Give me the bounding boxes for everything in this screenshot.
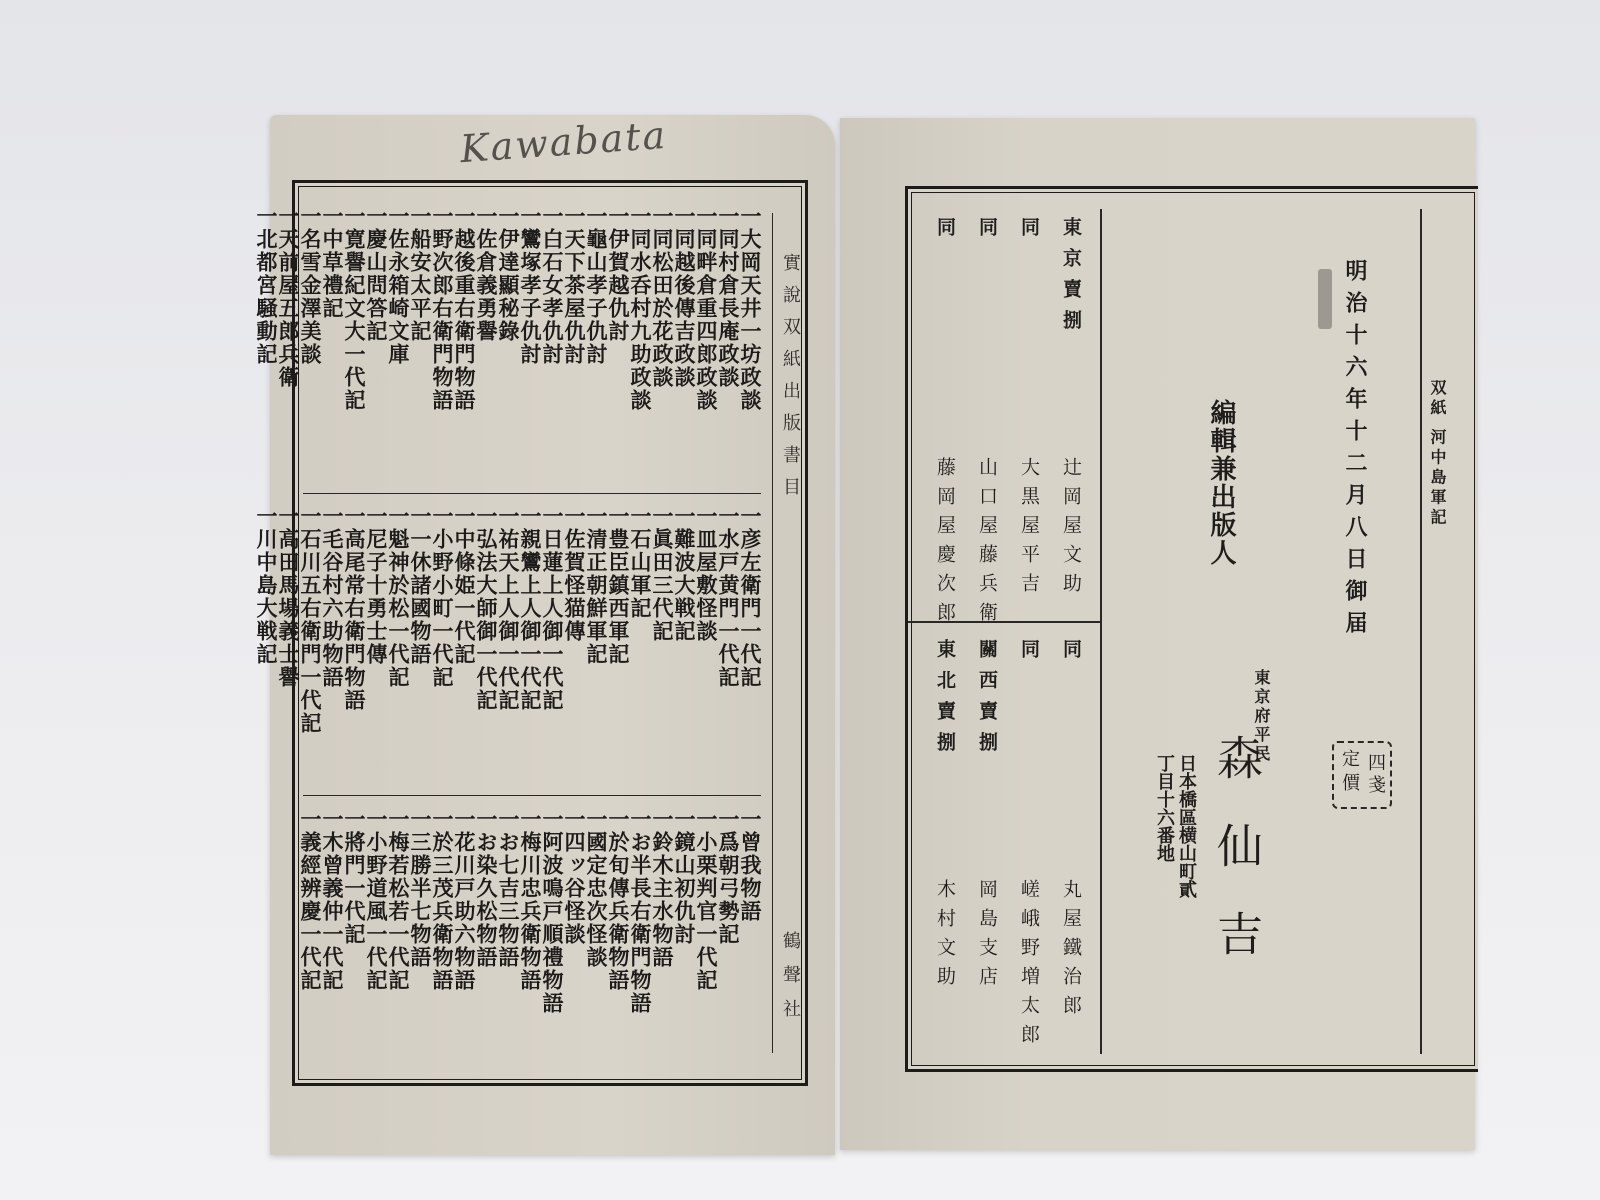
seller-region: 東京賣捌 <box>1058 217 1085 341</box>
seller-region: 東北賣捌 <box>932 639 959 763</box>
catalog-title-entry: 一龜山孝子仇討 <box>586 205 606 475</box>
seller-region: 同 <box>1058 639 1085 670</box>
catalog-title-entry: 一於三茂兵衛物語 <box>432 808 452 1078</box>
seller-region: 同 <box>974 217 1001 248</box>
catalog-title-entry: 一於旬傳兵衛物語 <box>608 808 628 1078</box>
seller-name: 丸屋鐵治郎 <box>1058 879 1085 1024</box>
seller-region: 關西賣捌 <box>974 639 1001 763</box>
spine-fragment: 双紙 河中島軍記 <box>1426 379 1449 529</box>
catalog-title-entry: 一同越後傳吉政談 <box>674 205 694 475</box>
catalog-title-entry: 一川中島大戦記 <box>256 505 276 775</box>
catalog-section-1: 一大岡天井一坊政談一同村倉長庵政談一同畔倉重四郎政談一同越後傳吉政談一同松田於花… <box>303 205 760 485</box>
price-value: 四戔 <box>1362 753 1388 797</box>
catalog-title-entry: 一日蓮上人御一代記 <box>542 505 562 775</box>
title-list: 一曾我物語一爲朝弓勢記一小栗判官一代記一鏡山初仇討一鈴木主水物語一お半長右衛門物… <box>300 808 760 1078</box>
catalog-title-entry: 一花川戸助六物語 <box>454 808 474 1078</box>
title-list: 一大岡天井一坊政談一同村倉長庵政談一同畔倉重四郎政談一同越後傳吉政談一同松田於花… <box>256 205 760 475</box>
seller-name: 木村文助 <box>932 879 959 995</box>
catalog-title-entry: 一お七吉三物語 <box>498 808 518 1078</box>
catalog-title-entry: 一親鸞上人御一代記 <box>520 505 540 775</box>
catalog-title-entry: 一爲朝弓勢記 <box>718 808 738 1078</box>
catalog-title-entry: 一四ッ谷怪談 <box>564 808 584 1078</box>
catalog-title-entry: 一石川五右衛門一代記 <box>300 505 320 775</box>
catalog-title-entry: 一眞田三代記 <box>652 505 672 775</box>
price-box: 定價四戔 <box>1332 741 1392 809</box>
left-spine-column: 實說双紙出版書目 鶴聲社 <box>772 213 799 1053</box>
catalog-title-entry: 一同村倉長庵政談 <box>718 205 738 475</box>
catalog-title-entry: 一將門一代記 <box>344 808 364 1078</box>
catalog-title-entry: 一水戸黄門一代記 <box>718 505 738 775</box>
catalog-title-entry: 一難波大戦記 <box>674 505 694 775</box>
catalog-title-entry: 一同畔倉重四郎政談 <box>696 205 716 475</box>
price-label: 定價 <box>1336 749 1362 797</box>
catalog-title-entry: 一伊賀越仇討 <box>608 205 628 475</box>
right-page: 東京賣捌辻岡屋文助同大黒屋平吉同山口屋藤兵衛同藤岡屋慶次郎 同丸屋鐵治郎同嵯峨野… <box>840 118 1475 1150</box>
catalog-title-entry: 一義經辨慶一代記 <box>300 808 320 1078</box>
catalog-title-entry: 一高田馬場義士譽 <box>278 505 298 775</box>
sellers-divider <box>1100 209 1102 1054</box>
publisher-name: 鶴聲社 <box>777 931 803 1033</box>
catalog-title-entry: 一高尾常右衛門物語 <box>344 505 364 775</box>
catalog-title-entry: 一魁神於松一代記 <box>388 505 408 775</box>
catalog-title-entry: 一お染久松物語 <box>476 808 496 1078</box>
seller-name: 岡島支店 <box>974 879 1001 995</box>
catalog-title-entry: 一國定忠次怪談 <box>586 808 606 1078</box>
catalog-title-entry: 一清正朝鮮軍記 <box>586 505 606 775</box>
catalog-title-entry: 一木曾義仲一代記 <box>322 808 342 1078</box>
section-divider <box>303 493 761 494</box>
catalog-title-entry: 一毛谷村六助物語 <box>322 505 342 775</box>
seller-region: 同 <box>932 217 959 248</box>
seller-region: 同 <box>1016 217 1043 248</box>
catalog-title-entry: 一同水呑村九助政談 <box>630 205 650 475</box>
catalog-title-entry: 一天下茶屋仇討 <box>564 205 584 475</box>
catalog-title-entry: 一彦左衛門一代記 <box>740 505 760 775</box>
catalog-title-entry: 一慶山問答記 <box>366 205 386 475</box>
editor-publisher-label: 編輯兼出版人 <box>1203 399 1240 567</box>
editor-name: 森仙吉 <box>1204 734 1270 998</box>
catalog-title-entry: 一佐賀怪猫傳 <box>564 505 584 775</box>
catalog-title-entry: 一一休諸國物語 <box>410 505 430 775</box>
colophon-frame: 東京賣捌辻岡屋文助同大黒屋平吉同山口屋藤兵衛同藤岡屋慶次郎 同丸屋鐵治郎同嵯峨野… <box>905 186 1478 1072</box>
catalog-title-entry: 一越後重右衛門物語 <box>454 205 474 475</box>
title-list: 一彦左衛門一代記一水戸黄門一代記一皿屋敷怪談一難波大戦記一眞田三代記一石山軍記一… <box>256 505 760 775</box>
catalog-title-entry: 一伊達顯秘錄 <box>498 205 518 475</box>
seller-name: 嵯峨野増太郎 <box>1016 879 1043 1053</box>
catalog-section-3: 一曾我物語一爲朝弓勢記一小栗判官一代記一鏡山初仇討一鈴木主水物語一お半長右衛門物… <box>303 808 760 1088</box>
issue-date: 明治十六年十二月八日御届 <box>1340 259 1371 643</box>
catalog-title-entry: 一名雪金澤美談 <box>300 205 320 475</box>
catalog-title-entry: 一北都宮騒動記 <box>256 205 276 475</box>
editor-address: 日本橋區横山町貳丁目十六番地 <box>1153 754 1197 904</box>
catalog-title-entry: 一野次郎右衛門物語 <box>432 205 452 475</box>
catalog-title-entry: 一鈴木主水物語 <box>652 808 672 1078</box>
left-page: Kawabata 實說双紙出版書目 鶴聲社 一大岡天井一坊政談一同村倉長庵政談一… <box>270 115 835 1155</box>
seller-region: 同 <box>1016 639 1043 670</box>
catalog-title-entry: 一曾我物語 <box>740 808 760 1078</box>
catalog-section-2: 一彦左衛門一代記一水戸黄門一代記一皿屋敷怪談一難波大戦記一眞田三代記一石山軍記一… <box>303 505 760 785</box>
catalog-title-entry: 一小野道風一代記 <box>366 808 386 1078</box>
section-divider <box>303 795 761 796</box>
catalog-title-entry: 一阿波鳴戸順禮物語 <box>542 808 562 1078</box>
handwritten-signature: Kawabata <box>459 113 669 171</box>
seller-name: 辻岡屋文助 <box>1058 457 1085 602</box>
seal-stamp <box>1318 269 1332 329</box>
seller-name: 大黒屋平吉 <box>1016 457 1043 602</box>
catalog-title-entry: 一梅川忠兵衛物語 <box>520 808 540 1078</box>
catalog-title-entry: 一尼子十勇士傳 <box>366 505 386 775</box>
catalog-title-entry: 一お半長右衛門物語 <box>630 808 650 1078</box>
catalog-title-entry: 一梅若松若一代記 <box>388 808 408 1078</box>
catalog-title-entry: 一中條姫一代記 <box>454 505 474 775</box>
catalog-title-entry: 一祐天上人御一代記 <box>498 505 518 775</box>
catalog-title-entry: 一寛譽紀文大一代記 <box>344 205 364 475</box>
catalog-title-entry: 一小栗判官一代記 <box>696 808 716 1078</box>
seller-name: 藤岡屋慶次郎 <box>932 457 959 631</box>
catalog-title-entry: 一天前屋五郎兵衛 <box>278 205 298 475</box>
catalog-title-entry: 一白石女孝仇討 <box>542 205 562 475</box>
catalog-frame: 實說双紙出版書目 鶴聲社 一大岡天井一坊政談一同村倉長庵政談一同畔倉重四郎政談一… <box>292 180 808 1086</box>
catalog-title-entry: 一同松田於花政談 <box>652 205 672 475</box>
catalog-title-entry: 一鏡山初仇討 <box>674 808 694 1078</box>
catalog-title-entry: 一弘法大師御一代記 <box>476 505 496 775</box>
catalog-title-entry: 一皿屋敷怪談 <box>696 505 716 775</box>
catalog-title-entry: 一佐倉義勇譽 <box>476 205 496 475</box>
catalog-title-entry: 一豊臣鎮西軍記 <box>608 505 628 775</box>
catalog-title-entry: 一小野小町一代記 <box>432 505 452 775</box>
catalog-title-entry: 一佐永箱崎文庫 <box>388 205 408 475</box>
catalog-title-entry: 一石山軍記 <box>630 505 650 775</box>
right-spine-line <box>1420 209 1422 1054</box>
catalog-title-entry: 一船安太平記 <box>410 205 430 475</box>
seller-name: 山口屋藤兵衛 <box>974 457 1001 631</box>
catalog-title: 實說双紙出版書目 <box>777 253 803 509</box>
catalog-title-entry: 一大岡天井一坊政談 <box>740 205 760 475</box>
catalog-title-entry: 一中草禮記 <box>322 205 342 475</box>
catalog-title-entry: 一三勝半七物語 <box>410 808 430 1078</box>
catalog-title-entry: 一鸞塚孝子仇討 <box>520 205 540 475</box>
